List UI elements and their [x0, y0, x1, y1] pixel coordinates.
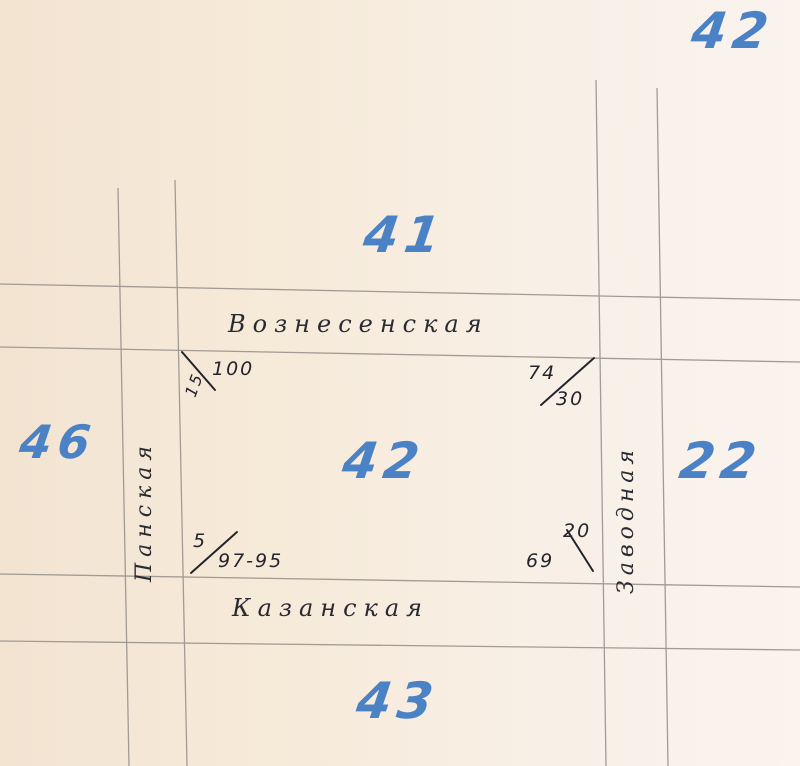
- street-name-west: Панская: [132, 440, 157, 582]
- corner-bottom-left-number-top: 5: [193, 530, 207, 552]
- grid-lines: [0, 0, 800, 766]
- corner-bottom-right-number-top: 20: [563, 520, 591, 542]
- block-number-east: 22: [676, 432, 766, 490]
- city-block-plan: 42 41 42 46 22 43 Вознесенская Казанская…: [0, 0, 800, 766]
- corner-top-right-number-top: 74: [528, 362, 556, 384]
- corner-top-left-number-b: 100: [212, 358, 254, 380]
- corner-bottom-left-number-bottom: 97-95: [218, 550, 283, 572]
- block-number-north: 41: [360, 206, 450, 264]
- block-number-top-right: 42: [688, 2, 778, 60]
- corner-bottom-right-number-bottom: 69: [526, 550, 554, 572]
- corner-top-right-number-bottom: 30: [556, 388, 584, 410]
- street-name-north: Вознесенская: [228, 310, 489, 338]
- block-number-west: 46: [16, 415, 100, 469]
- street-name-east: Заводная: [614, 445, 639, 594]
- street-name-south: Казанская: [232, 594, 429, 622]
- block-number-center: 42: [339, 432, 429, 490]
- block-number-south: 43: [353, 672, 443, 730]
